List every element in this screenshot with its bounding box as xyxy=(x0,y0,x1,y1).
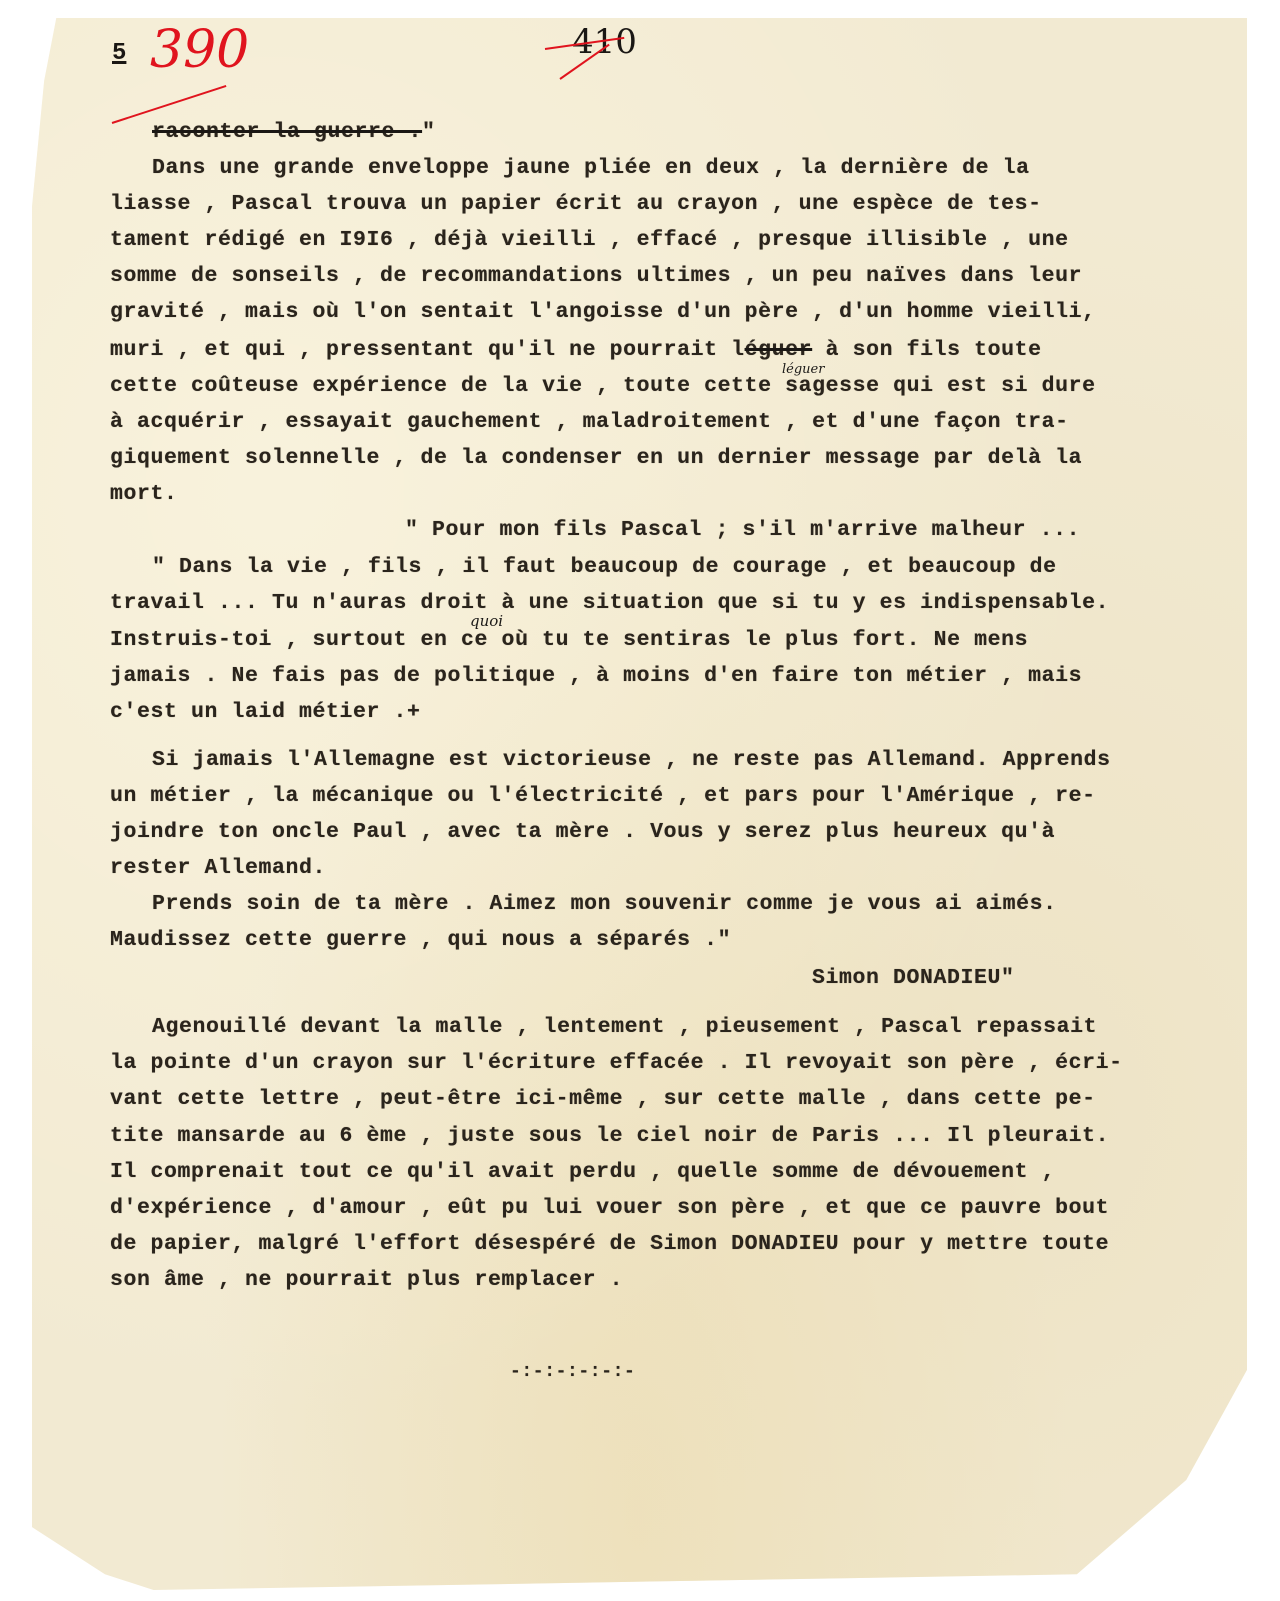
paragraph-line: cette coûteuse expérience de la vie , to… xyxy=(110,374,1096,398)
paragraph-line: la pointe d'un crayon sur l'écriture eff… xyxy=(110,1051,1123,1075)
letter-line: Maudissez cette guerre , qui nous a sépa… xyxy=(110,928,731,952)
paragraph-line: Agenouillé devant la malle , lentement ,… xyxy=(152,1015,1097,1039)
letter-line: Instruis-toi , surtout en ce où tu te se… xyxy=(110,628,1028,652)
letter-line: Prends soin de ta mère . Aimez mon souve… xyxy=(152,892,1057,916)
letter-salutation: " Pour mon fils Pascal ; s'il m'arrive m… xyxy=(405,518,1080,542)
struck-word: éguer xyxy=(745,338,813,362)
paragraph-line: muri , et qui , pressentant qu'il ne pou… xyxy=(110,338,1042,362)
end-mark: -:-:-:-:-:- xyxy=(510,1362,635,1382)
paragraph-line: de papier, malgré l'effort désespéré de … xyxy=(110,1232,1109,1256)
paragraph-line: tite mansarde au 6 ème , juste sous le c… xyxy=(110,1124,1109,1148)
paragraph-line: à acquérir , essayait gauchement , malad… xyxy=(110,410,1069,434)
line-text: muri , et qui , pressentant qu'il ne pou… xyxy=(110,338,745,362)
paragraph-line: liasse , Pascal trouva un papier écrit a… xyxy=(110,192,1042,216)
paragraph-line: vant cette lettre , peut-être ici-même ,… xyxy=(110,1087,1096,1111)
signature-quote: " xyxy=(1001,966,1015,990)
letter-line: un métier , la mécanique ou l'électricit… xyxy=(110,784,1096,808)
struck-line: raconter la guerre ." xyxy=(152,120,436,144)
struck-text: raconter la guerre . xyxy=(152,120,422,144)
paragraph-line: gravité , mais où l'on sentait l'angoiss… xyxy=(110,300,1096,324)
paragraph-line: tament rédigé en I9I6 , déjà vieilli , e… xyxy=(110,228,1069,252)
letter-line: travail ... Tu n'auras droit à une situa… xyxy=(110,591,1109,615)
red-folio-number: 390 xyxy=(150,20,249,80)
letter-line: jamais . Ne fais pas de politique , à mo… xyxy=(110,664,1082,688)
close-quote: " xyxy=(422,120,436,144)
letter-line: joindre ton oncle Paul , avec ta mère . … xyxy=(110,820,1055,844)
letter-line: Si jamais l'Allemagne est victorieuse , … xyxy=(152,748,1111,772)
paragraph-line: somme de sonseils , de recommandations u… xyxy=(110,264,1082,288)
letter-line: c'est un laid métier .+ xyxy=(110,700,421,724)
letter-line: " Dans la vie , fils , il faut beaucoup … xyxy=(152,555,1057,579)
page-number: 5 xyxy=(112,40,126,67)
line-text: à son fils toute xyxy=(826,338,1042,362)
paragraph-line: Il comprenait tout ce qu'il avait perdu … xyxy=(110,1160,1055,1184)
signature-name: Simon DONADIEU xyxy=(812,966,1001,990)
paragraph-line: mort. xyxy=(110,482,178,506)
letter-line: rester Allemand. xyxy=(110,856,326,880)
paragraph-line: d'expérience , d'amour , eût pu lui voue… xyxy=(110,1196,1109,1220)
paragraph-line: Dans une grande enveloppe jaune pliée en… xyxy=(152,156,1030,180)
paragraph-line: son âme , ne pourrait plus remplacer . xyxy=(110,1268,623,1292)
letter-signature: Simon DONADIEU" xyxy=(812,966,1015,990)
paragraph-line: giquement solennelle , de la condenser e… xyxy=(110,446,1082,470)
